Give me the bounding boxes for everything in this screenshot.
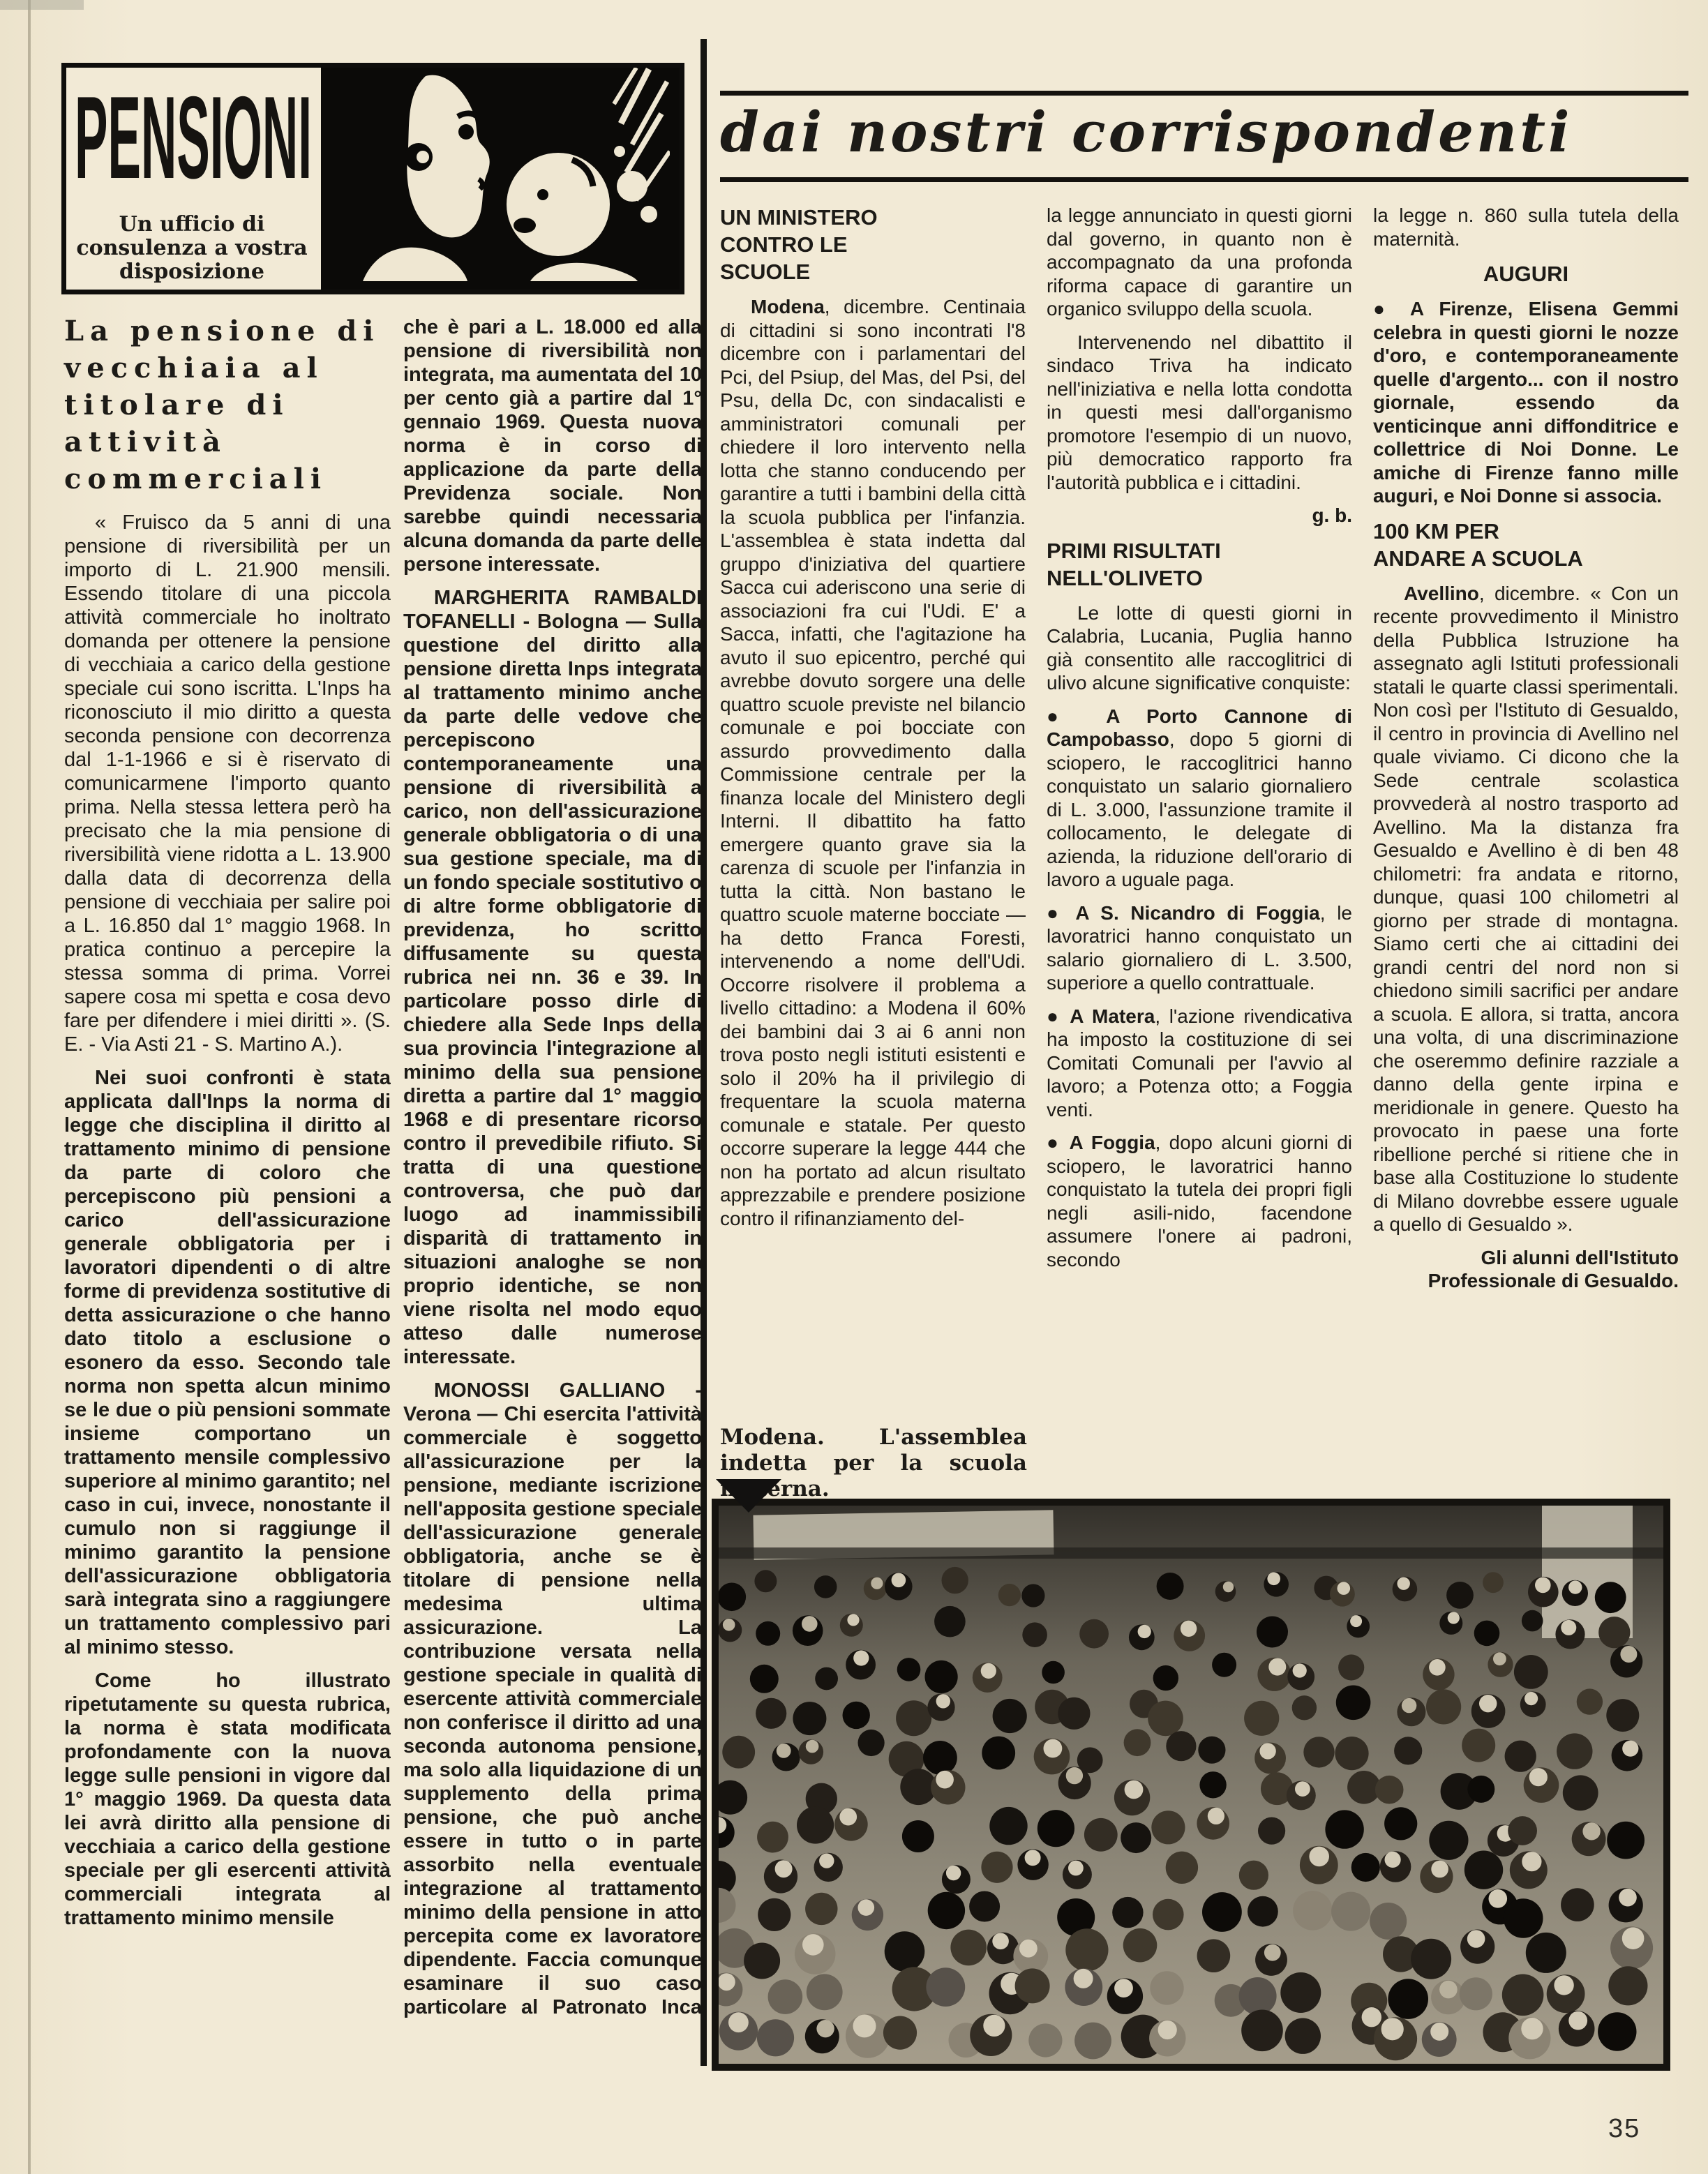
pensioni-box: PENSIONI Un ufficio di consulenza a vost… bbox=[61, 63, 684, 294]
dateline: Avellino bbox=[1404, 583, 1479, 604]
section-heading: PRIMI RISULTATI NELL'OLIVETO bbox=[1047, 537, 1270, 592]
assembly-photo bbox=[712, 1499, 1670, 2071]
svg-text:PENSIONI: PENSIONI bbox=[75, 72, 312, 192]
bullet-item: ● A S. Nicandro di Foggia, le lavoratric… bbox=[1047, 901, 1352, 995]
paragraph-text: , dicembre. « Con un recente provvedimen… bbox=[1373, 583, 1679, 1236]
article-title: La pensione di vecchiaia al titolare di … bbox=[64, 313, 385, 497]
section-heading: 100 KM PER ANDARE A SCUOLA bbox=[1373, 518, 1596, 572]
dateline: Modena bbox=[751, 296, 825, 317]
article-column-2: che è pari a L. 18.000 ed alla pensione … bbox=[403, 315, 702, 2018]
pensioni-subtitle: Un ufficio di consulenza a vostra dispos… bbox=[66, 213, 317, 284]
mother-baby-photo-art bbox=[321, 68, 670, 281]
paragraph-text: celebra in questi giorni le nozze d'oro,… bbox=[1373, 322, 1679, 507]
paragraph-text: Sulla questione del diritto alla pension… bbox=[403, 610, 702, 1368]
paragraph: la legge n. 860 sulla tutela della mater… bbox=[1373, 204, 1679, 250]
column-signature: g. b. bbox=[1047, 504, 1352, 527]
paragraph-text: , dicembre. Centinaia di cittadini si so… bbox=[720, 296, 1026, 1229]
paragraph: Le lotte di questi giorni in Calabria, L… bbox=[1047, 601, 1352, 695]
section-heading: AUGURI bbox=[1373, 260, 1679, 287]
paragraph-text: , dopo 5 giorni di sciopero, le raccogli… bbox=[1047, 728, 1352, 890]
bullet-place: ● A Foggia bbox=[1047, 1132, 1155, 1153]
correspondents-column-3: la legge n. 860 sulla tutela della mater… bbox=[1373, 204, 1679, 1480]
header-rule-bottom bbox=[720, 177, 1688, 182]
mother-baby-photo bbox=[321, 68, 680, 290]
down-triangle-icon bbox=[716, 1479, 781, 1513]
assembly-photo-art bbox=[719, 1506, 1663, 2064]
reader-letter: « Fruisco da 5 anni di una pensione di r… bbox=[64, 511, 391, 1056]
pensioni-title: PENSIONI bbox=[72, 72, 317, 192]
bullet-item: ● A Firenze, Elisena Gemmi celebra in qu… bbox=[1373, 297, 1679, 508]
paragraph: Intervenendo nel dibattito il sindaco Tr… bbox=[1047, 331, 1352, 495]
scan-edge-line bbox=[28, 0, 31, 2174]
correspondents-header: dai nostri corrispondenti bbox=[720, 99, 1688, 165]
page-number: 35 bbox=[1608, 2114, 1640, 2144]
paragraph: che è pari a L. 18.000 ed alla pensione … bbox=[403, 315, 702, 576]
header-rule-top bbox=[720, 91, 1688, 96]
article-column-1: « Fruisco da 5 anni di una pensione di r… bbox=[64, 511, 391, 2136]
paragraph: Modena, dicembre. Centinaia di cittadini… bbox=[720, 295, 1026, 1230]
pensioni-box-left: PENSIONI Un ufficio di consulenza a vost… bbox=[66, 68, 321, 290]
paragraph: la legge annunciato in questi giorni dal… bbox=[1047, 204, 1352, 321]
section-heading: UN MINISTERO CONTRO LE SCUOLE bbox=[720, 204, 943, 285]
paragraph: MARGHERITA RAMBALDI TOFANELLI - Bologna … bbox=[403, 586, 702, 1369]
bullet-item: ● A Porto Cannone di Campobasso, dopo 5 … bbox=[1047, 705, 1352, 892]
bullet-place: ● A S. Nicandro di Foggia bbox=[1047, 902, 1320, 924]
paragraph: Nei suoi confronti è stata applicata dal… bbox=[64, 1066, 391, 1659]
bullet-item: ● A Matera, l'azione rivendicativa ha im… bbox=[1047, 1005, 1352, 1122]
correspondents-column-2: la legge annunciato in questi giorni dal… bbox=[1047, 204, 1352, 1486]
bullet-item: ● A Foggia, dopo alcuni giorni di sciope… bbox=[1047, 1131, 1352, 1271]
correspondents-column-1: UN MINISTERO CONTRO LE SCUOLE Modena, di… bbox=[720, 204, 1026, 1419]
paragraph-text: Chi esercita l'attività commerciale è so… bbox=[403, 1403, 702, 2018]
paragraph: MONOSSI GALLIANO - Verona — Chi esercita… bbox=[403, 1379, 702, 2018]
paragraph: Avellino, dicembre. « Con un recente pro… bbox=[1373, 582, 1679, 1236]
paragraph: Come ho illustrato ripetutamente su ques… bbox=[64, 1669, 391, 1930]
scan-corner-mark bbox=[0, 0, 84, 10]
column-signature: Gli alunni dell'Istituto Professionale d… bbox=[1373, 1246, 1679, 1293]
vertical-divider bbox=[701, 39, 707, 2066]
bullet-place: ● A Firenze, Elisena Gemmi bbox=[1373, 298, 1679, 320]
bullet-place: ● A Matera bbox=[1047, 1005, 1155, 1027]
magazine-page: PENSIONI Un ufficio di consulenza a vost… bbox=[0, 0, 1708, 2174]
